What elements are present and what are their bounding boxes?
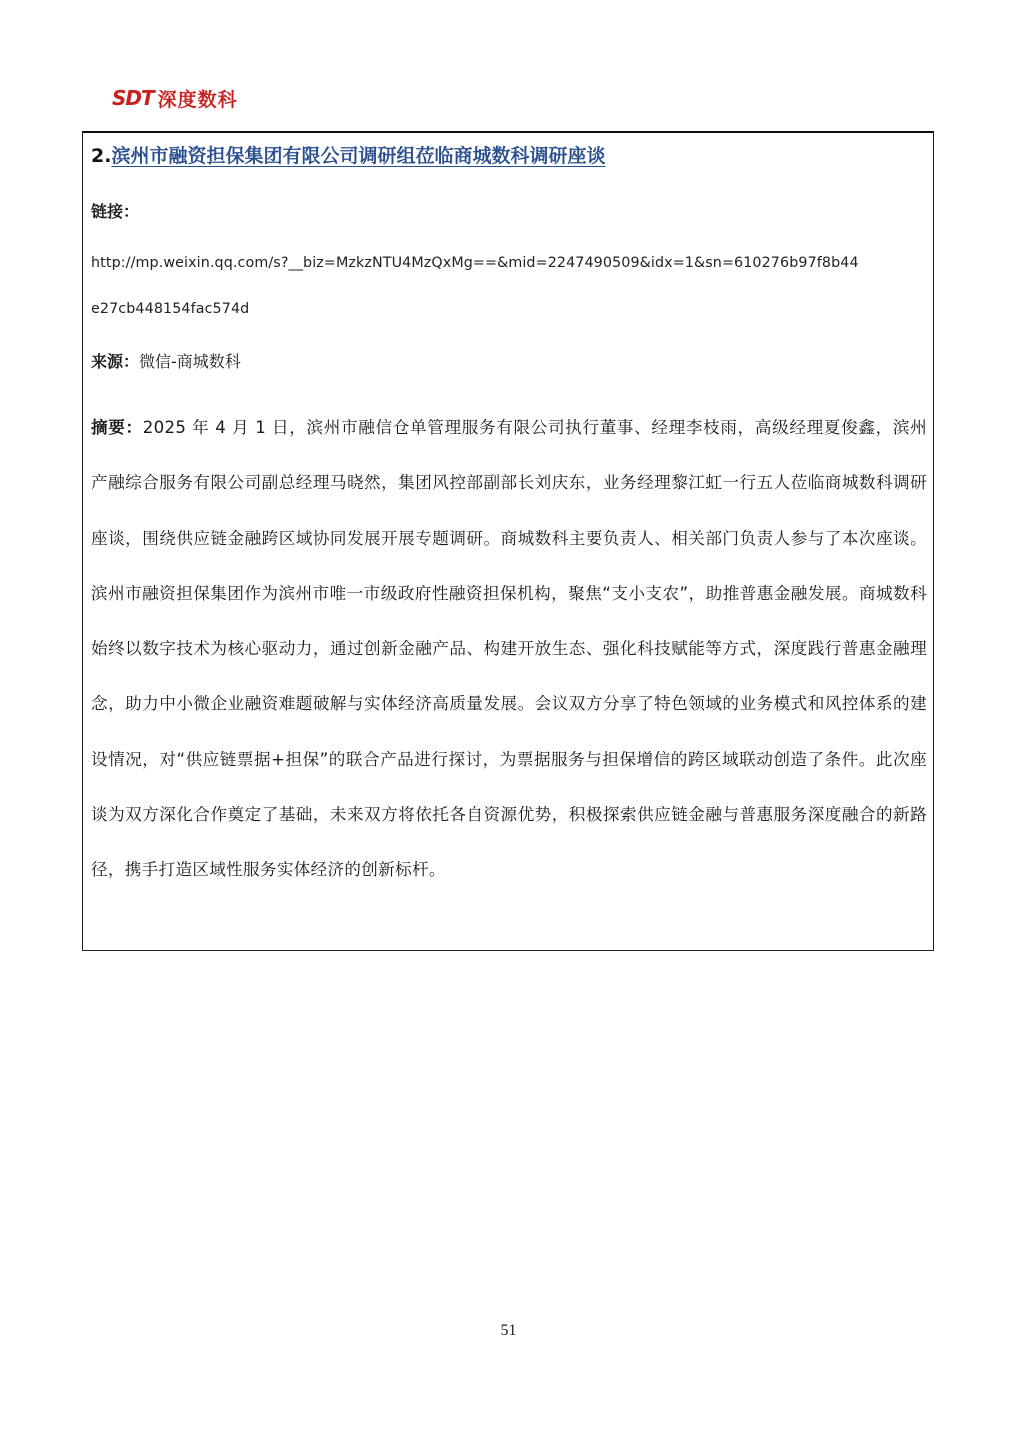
article-number: 2. bbox=[91, 145, 111, 167]
source-label: 来源： bbox=[91, 352, 139, 371]
article-title: 2.滨州市融资担保集团有限公司调研组莅临商城数科调研座谈 bbox=[91, 141, 605, 168]
summary-paragraph: 摘要：2025 年 4 月 1 日，滨州市融信仓单管理服务有限公司执行董事、经理… bbox=[91, 400, 927, 898]
url-line-2[interactable]: e27cb448154fac574d bbox=[91, 301, 249, 317]
summary-text: 2025 年 4 月 1 日，滨州市融信仓单管理服务有限公司执行董事、经理李枝雨… bbox=[91, 418, 927, 879]
article-title-link[interactable]: 滨州市融资担保集团有限公司调研组莅临商城数科调研座谈 bbox=[111, 145, 605, 167]
link-label: 链接： bbox=[91, 202, 139, 221]
url-line-1[interactable]: http://mp.weixin.qq.com/s?__biz=MzkzNTU4… bbox=[91, 255, 859, 271]
logo-mark: SDT bbox=[112, 86, 154, 110]
source-value: 微信-商城数科 bbox=[139, 352, 241, 371]
company-logo: SDT 深度数科 bbox=[112, 84, 238, 112]
source-row: 来源：微信-商城数科 bbox=[91, 349, 241, 372]
logo-text: 深度数科 bbox=[158, 85, 238, 112]
page-number: 51 bbox=[0, 1322, 1017, 1340]
article-box: 2.滨州市融资担保集团有限公司调研组莅临商城数科调研座谈 链接： http://… bbox=[82, 131, 934, 951]
summary-label: 摘要： bbox=[91, 418, 143, 437]
link-row: 链接： bbox=[91, 199, 139, 222]
